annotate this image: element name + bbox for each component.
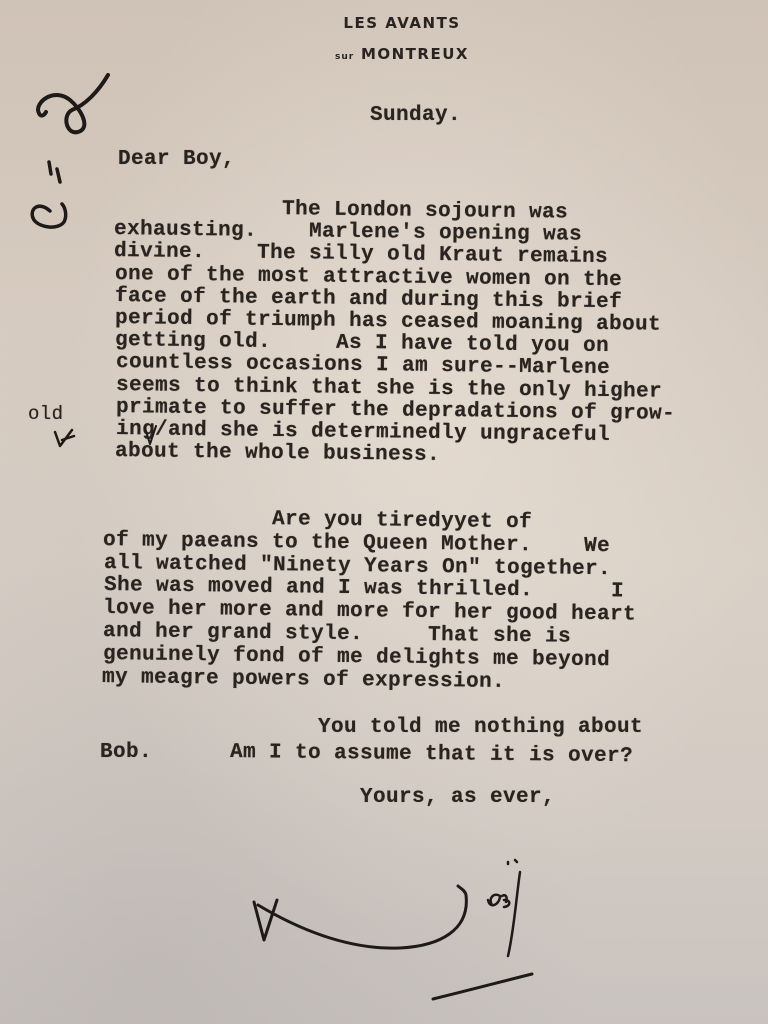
- signature-underline-icon: [433, 974, 532, 999]
- handwritten-mark-icon: [49, 162, 60, 182]
- caret-check-icon: [55, 430, 74, 446]
- handwritten-number-icon: [38, 75, 108, 132]
- insert-caret-icon: [145, 426, 156, 444]
- signature-accent-icon: [488, 860, 520, 956]
- handwriting-layer: [0, 0, 768, 1024]
- handwritten-e-icon: [32, 204, 66, 227]
- signature-icon: [254, 886, 466, 948]
